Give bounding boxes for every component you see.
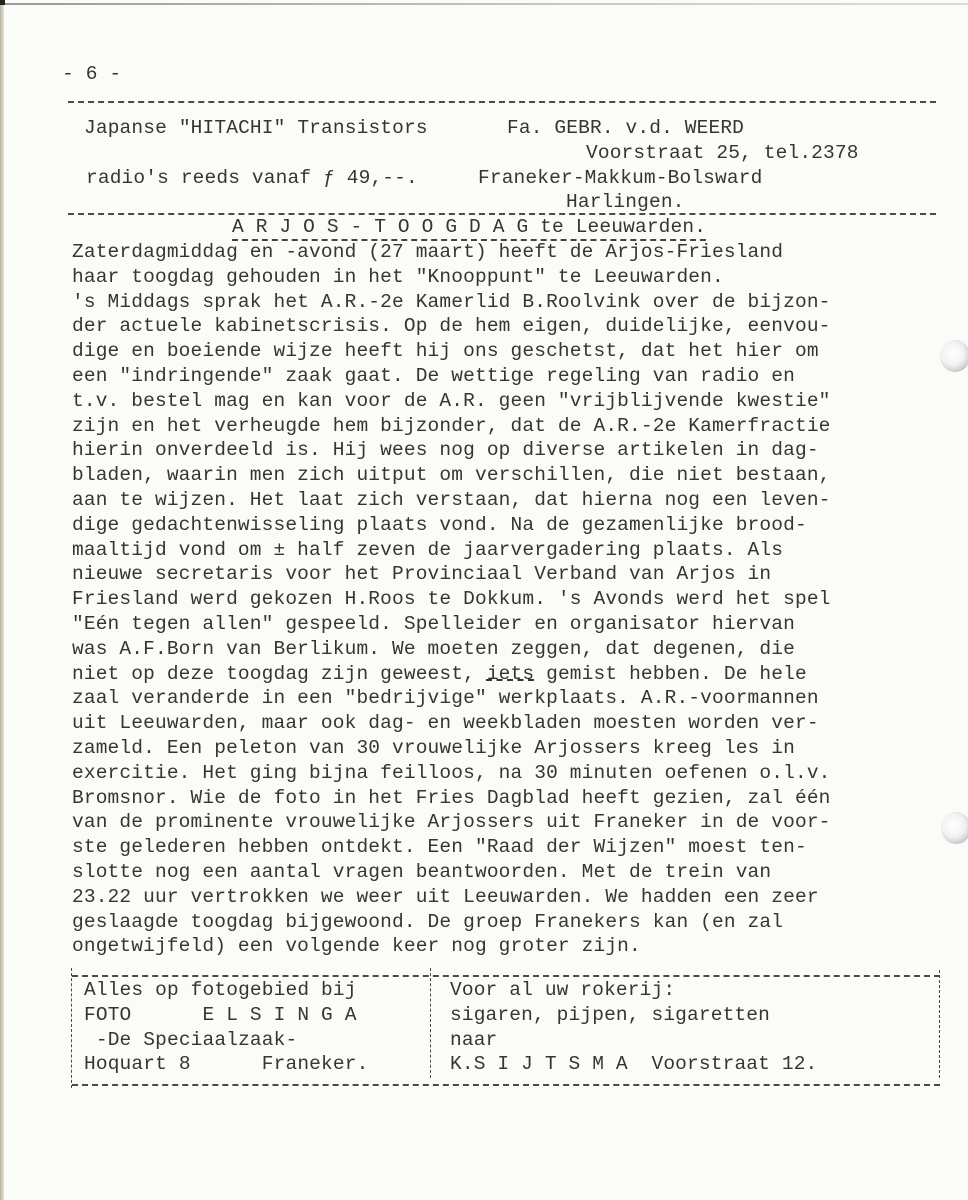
ad-box-divider [430, 968, 431, 1078]
article-line: Zaterdagmiddag en -avond (27 maart) heef… [72, 240, 783, 265]
article-line: dige en boeiende wijze heeft hij ons ges… [72, 339, 819, 364]
article-line: uit Leeuwarden, maar ook dag- en weekbla… [72, 711, 819, 736]
article-line: "Eén tegen allen" gespeeld. Spelleider e… [72, 612, 795, 637]
article-line: exercitie. Het ging bijna feilloos, na 3… [72, 761, 831, 786]
ad-box-bottom-border [72, 1084, 940, 1086]
article-line: Friesland werd gekozen H.Roos te Dokkum.… [72, 587, 831, 612]
ad-line4-right: Harlingen. [566, 190, 685, 215]
article-line: zijn en het verheugde hem bijzonder, dat… [72, 414, 831, 439]
scan-corner-mark [0, 0, 5, 5]
binder-hole [940, 340, 968, 372]
ad-line2-right: Voorstraat 25, tel.2378 [586, 141, 859, 166]
page-number: - 6 - [62, 62, 121, 87]
article-line: maaltijd vond om ± half zeven de jaarver… [72, 538, 783, 563]
article-title: A R J O S - T O O G D A G te Leeuwarden. [232, 215, 706, 240]
ad-line3-right: Franeker-Makkum-Bolsward [478, 166, 762, 191]
article-line: t.v. bestel mag en kan voor de A.R. geen… [72, 389, 831, 414]
ad-line3-left: radio's reeds vanaf ƒ 49,--. [86, 166, 418, 191]
ad-elsinga-line: Alles op fotogebied bij [84, 978, 357, 1003]
article-line: hierin onverdeeld is. Hij wees nog op di… [72, 438, 819, 463]
binder-hole [941, 812, 968, 844]
ad-sijtsma-line: sigaren, pijpen, sigaretten [450, 1003, 770, 1028]
article-line: een "indringende" zaak gaat. De wettige … [72, 364, 795, 389]
article-line: bladen, waarin men zich uitput om versch… [72, 463, 831, 488]
article-line: van de prominente vrouwelijke Arjossers … [72, 810, 831, 835]
article-line: Bromsnor. Wie de foto in het Fries Dagbl… [72, 786, 831, 811]
article-line: aan te wijzen. Het laat zich verstaan, d… [72, 488, 831, 513]
divider-top [68, 101, 936, 103]
article-line: was A.F.Born van Berlikum. We moeten zeg… [72, 637, 795, 662]
underlined-word: iets [487, 663, 534, 685]
article-line: 23.22 uur vertrokken we weer uit Leeuwar… [72, 885, 819, 910]
article-line: 's Middags sprak het A.R.-2e Kamerlid B.… [72, 290, 831, 315]
article-line: slotte nog een aantal vragen beantwoorde… [72, 860, 771, 885]
article-line: geslaagde toogdag bijgewoond. De groep F… [72, 910, 783, 935]
ad-elsinga-line: -De Speciaalzaak- [84, 1028, 297, 1053]
ad-line1-left: Japanse "HITACHI" Transistors [84, 116, 428, 141]
page-edge-left [0, 0, 4, 1200]
ad-box-left-border [71, 968, 72, 1088]
ad-elsinga-line: Hoquart 8 Franeker. [84, 1052, 368, 1077]
article-line: haar toogdag gehouden in het "Knooppunt"… [72, 265, 724, 290]
ad-line1-right: Fa. GEBR. v.d. WEERD [507, 116, 744, 141]
ad-elsinga-line: FOTO E L S I N G A [84, 1003, 357, 1028]
article-line: ongetwijfeld) een volgende keer nog grot… [72, 934, 641, 959]
article-line: nieuwe secretaris voor het Provinciaal V… [72, 562, 771, 587]
article-line: dige gedachtenwisseling plaats vond. Na … [72, 513, 807, 538]
ad-sijtsma-line: Voor al uw rokerij: [450, 978, 675, 1003]
ad-sijtsma-line: naar [450, 1028, 497, 1053]
ad-sijtsma-line: K.S I J T S M A Voorstraat 12. [450, 1052, 817, 1077]
article-line: zaal veranderde in een "bedrijvige" werk… [72, 686, 819, 711]
article-line: niet op deze toogdag zijn geweest, iets … [72, 662, 807, 687]
article-line: ste gelederen hebben ontdekt. Een "Raad … [72, 835, 807, 860]
ad-box-top-border [72, 975, 940, 977]
page-edge-top [0, 3, 968, 5]
article-title-text: A R J O S - T O O G D A G te Leeuwarden. [232, 216, 706, 241]
ad-box-right-border [939, 970, 940, 1078]
article-line: zameld. Een peleton van 30 vrouwelijke A… [72, 736, 795, 761]
article-line: der actuele kabinetscrisis. Op de hem ei… [72, 314, 831, 339]
